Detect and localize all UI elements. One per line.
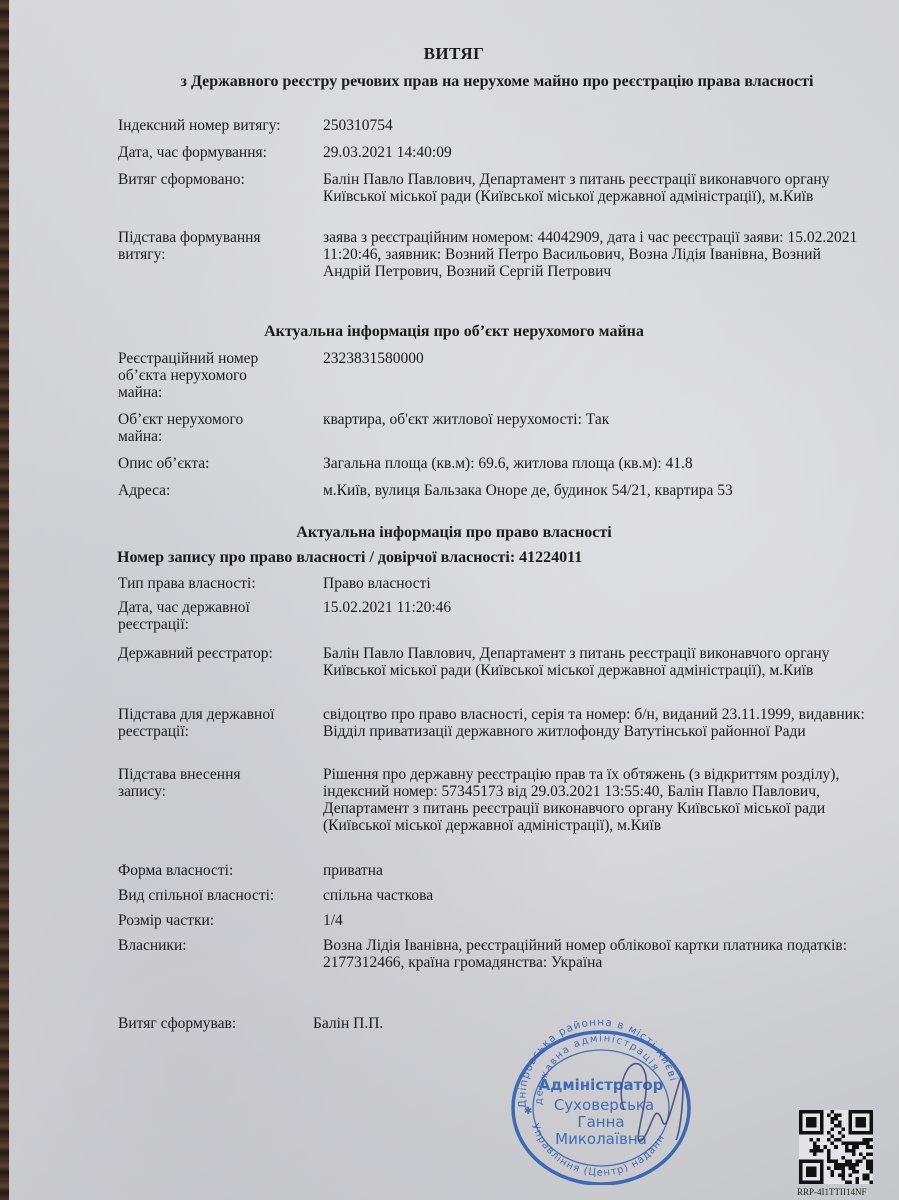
field-value: Загальна площа (кв.м): 69.6, житлова пло… — [323, 455, 868, 472]
field-label: Підстава внесення запису: — [118, 766, 268, 800]
field-label: Дата, час державної реєстрації: — [118, 599, 293, 633]
field-label: Об’єкт нерухомого майна: — [118, 411, 278, 445]
field-value: Рішення про державну реєстрацію прав та … — [323, 766, 868, 834]
svg-text:Ганна: Ганна — [577, 1113, 624, 1131]
svg-text:Суховерська: Суховерська — [554, 1096, 654, 1114]
document-subtitle: з Державного реєстру речових прав на нер… — [137, 73, 857, 91]
field-label: Власники: — [118, 937, 308, 954]
field-value: заява з реєстраційним номером: 44042909,… — [323, 229, 868, 280]
field-value: Балін Павло Павлович, Департамент з пита… — [323, 171, 868, 205]
field-label: Державний реєстратор: — [118, 645, 308, 662]
background-table-edge — [0, 0, 9, 1200]
field-label: Індексний номер витягу: — [118, 117, 308, 134]
field-value: приватна — [323, 862, 868, 879]
field-label: Вид спільної власності: — [118, 887, 308, 904]
section-title-ownership: Актуальна інформація про право власності — [9, 524, 899, 542]
field-label: Форма власності: — [118, 862, 308, 879]
field-label: Реєстраційний номер об’єкта нерухомого м… — [118, 350, 278, 401]
field-value: Балін Павло Павлович, Департамент з пита… — [323, 645, 868, 679]
stamp-role: Адміністратор — [539, 1076, 664, 1094]
section-title-object: Актуальна інформація про об’єкт нерухомо… — [9, 323, 899, 341]
field-value: свідоцтво про право власності, серія та … — [323, 706, 868, 740]
field-value: 2323831580000 — [323, 350, 868, 367]
qr-code-icon — [799, 1110, 873, 1184]
field-label: Підстава формування витягу: — [118, 229, 293, 263]
field-value: квартира, об'єкт житлової нерухомості: Т… — [323, 411, 868, 428]
field-value: 1/4 — [323, 912, 868, 929]
field-value: 15.02.2021 11:20:46 — [323, 599, 868, 616]
field-value: Возна Лідія Іванівна, реєстраційний номе… — [323, 937, 868, 971]
document-title: ВИТЯГ — [9, 44, 899, 64]
field-label: Розмір частки: — [118, 912, 308, 929]
field-label: Тип права власності: — [118, 575, 308, 592]
official-stamp: Дніпровська районна в місті Києві держав… — [504, 1010, 704, 1185]
field-label: Витяг сформував: — [118, 1015, 308, 1032]
field-value: Право власності — [323, 575, 868, 592]
qr-code-label: RRP-4I1TTII14NF — [797, 1187, 867, 1197]
ownership-record-number: Номер запису про право власності / довір… — [117, 549, 582, 567]
field-value: 29.03.2021 14:40:09 — [323, 144, 868, 161]
field-value: 250310754 — [323, 117, 868, 134]
field-label: Опис об’єкта: — [118, 455, 308, 472]
field-value: м.Київ, вулиця Бальзака Оноре де, будино… — [323, 482, 868, 499]
document-page: ВИТЯГ з Державного реєстру речових прав … — [9, 0, 899, 1200]
svg-text:✱: ✱ — [524, 1106, 532, 1117]
field-label: Підстава для державної реєстрації: — [118, 706, 298, 740]
svg-text:Миколаївна: Миколаївна — [555, 1130, 647, 1148]
field-label: Адреса: — [118, 482, 308, 499]
field-label: Витяг сформовано: — [118, 171, 308, 188]
field-label: Дата, час формування: — [118, 144, 308, 161]
field-value: спільна часткова — [323, 887, 868, 904]
